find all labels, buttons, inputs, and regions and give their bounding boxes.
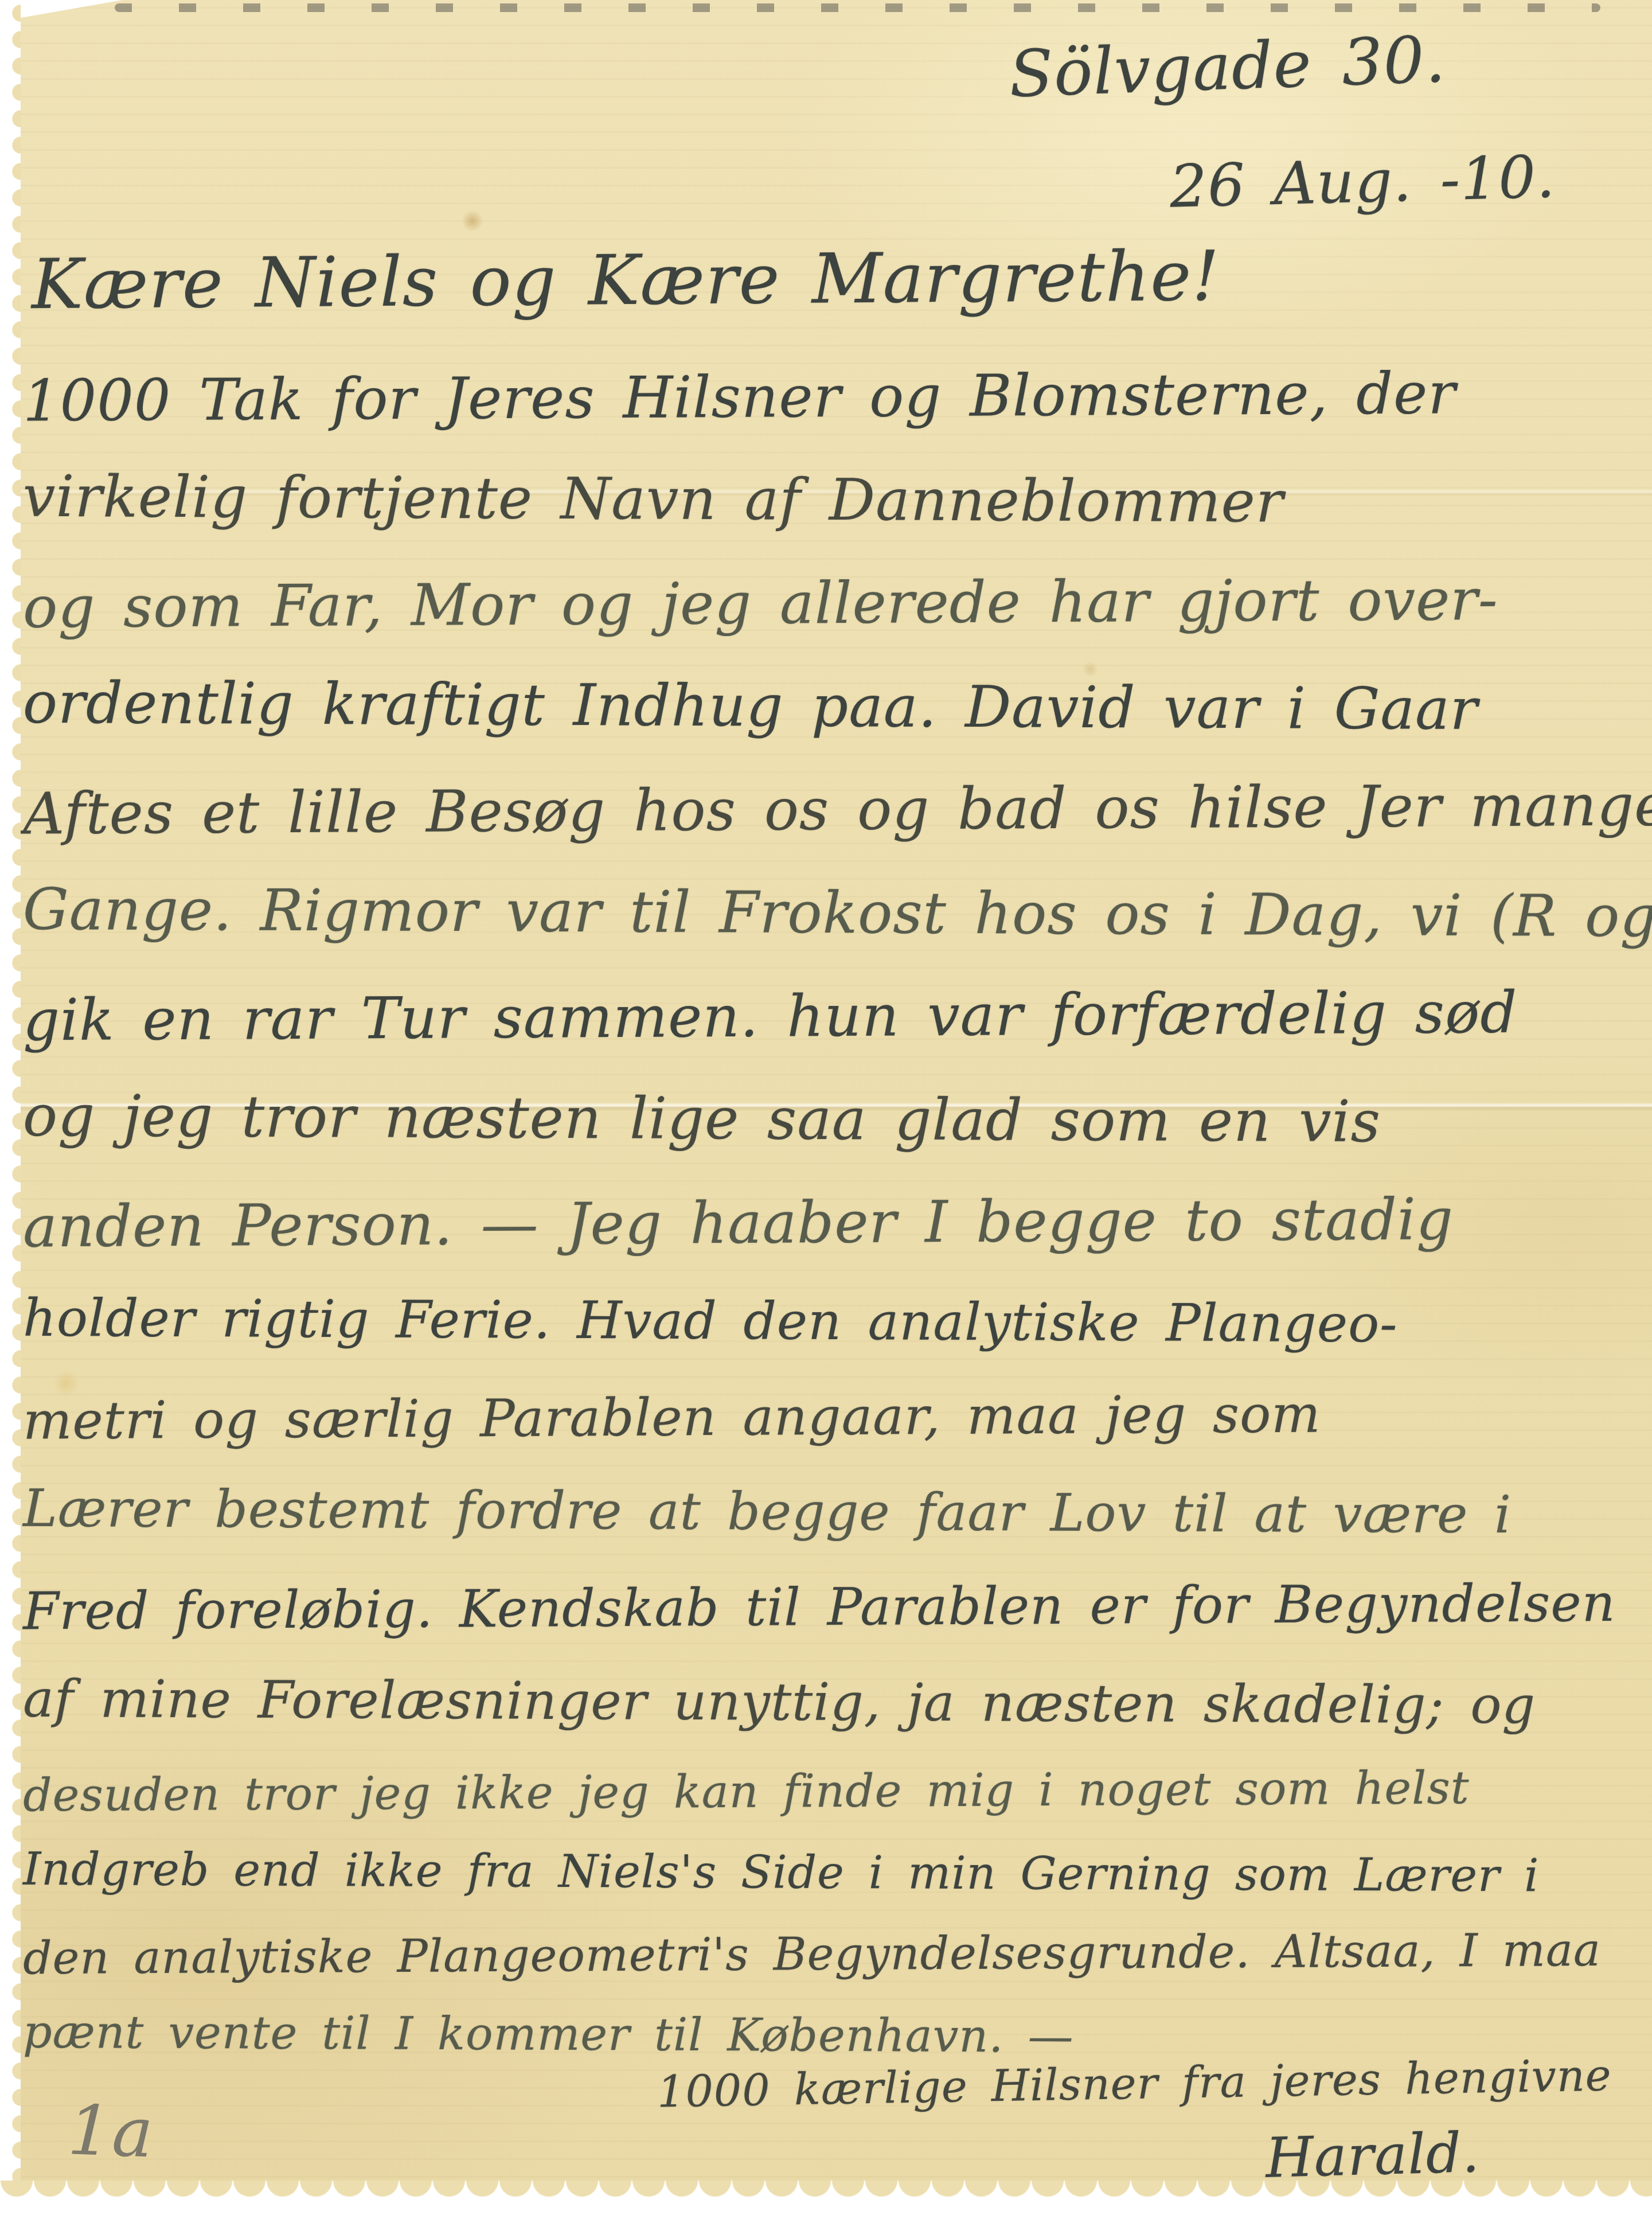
letter-line: af mine Forelæsninger unyttig, ja næsten… xyxy=(23,1652,1641,1754)
letter-date: 26 Aug. -10. xyxy=(1169,143,1556,221)
letter-line: Indgreb end ikke fra Niels's Side i min … xyxy=(23,1828,1641,1917)
letter-line: metri og særlig Parablen angaar, maa jeg… xyxy=(23,1366,1641,1469)
letter-line: desuden tror jeg ikke jeg kan finde mig … xyxy=(23,1746,1641,1836)
letter-line: Aftes et lille Besøg hos os og bad os hi… xyxy=(23,754,1641,866)
perforated-edge-left xyxy=(0,0,21,2231)
perforated-edge-bottom xyxy=(0,2181,1652,2231)
letter-line: gik en rar Tur sammen. hun var forfærdel… xyxy=(23,961,1641,1072)
letter-line: holder rigtig Ferie. Hvad den analytiske… xyxy=(23,1271,1641,1373)
letter-line: og jeg tror næsten lige saa glad som en … xyxy=(23,1064,1641,1175)
letter-address: Sölvgade 30. xyxy=(1008,22,1447,112)
letter-signature: Harald. xyxy=(1265,2120,1481,2190)
letter-line: anden Person. — Jeg haaber I begge to st… xyxy=(23,1167,1641,1279)
letter-line: virkelig fortjente Navn af Danneblommer xyxy=(23,445,1641,555)
perforation-top-edge xyxy=(115,3,1600,12)
letter-body: 1000 Tak for Jeres Hilsner og Blomsterne… xyxy=(23,345,1641,2076)
letter-line: Gange. Rigmor var til Frokost hos os i D… xyxy=(23,858,1641,968)
letter-line: og som Far, Mor og jeg allerede har gjor… xyxy=(23,548,1641,660)
archive-mark-pencil: 1a xyxy=(67,2090,155,2173)
letter-line: Lærer bestemt fordre at begge faar Lov t… xyxy=(23,1461,1641,1563)
letter-line: 1000 Tak for Jeres Hilsner og Blomsterne… xyxy=(23,341,1641,453)
letter-line: den analytiske Plangeometri's Begyndelse… xyxy=(23,1909,1641,1999)
letter-line: Fred foreløbig. Kendskab til Parablen er… xyxy=(23,1556,1641,1660)
letter-line: ordentlig kraftigt Indhug paa. David var… xyxy=(23,652,1641,762)
letter-salutation: Kære Niels og Kære Margrethe! xyxy=(32,237,1220,325)
letter-scan: Sölvgade 30. 26 Aug. -10. Kære Niels og … xyxy=(0,0,1652,2231)
letter-paper: Sölvgade 30. 26 Aug. -10. Kære Niels og … xyxy=(0,0,1652,2231)
